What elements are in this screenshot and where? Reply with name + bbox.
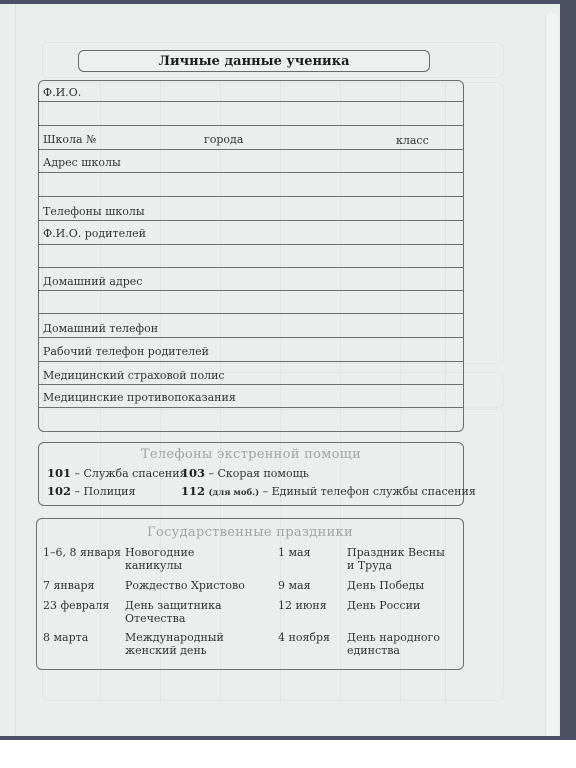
parents-fio-blank-row[interactable] bbox=[39, 244, 463, 268]
medical-policy-row[interactable]: Медицинский страховой полис bbox=[39, 361, 463, 385]
emergency-number: 103 bbox=[181, 466, 205, 480]
holiday-name-line: День народного bbox=[347, 631, 440, 644]
holiday-date: 12 июня bbox=[278, 599, 327, 612]
emergency-number: 102 bbox=[47, 484, 71, 498]
emergency-phones-title: Телефоны экстренной помощи bbox=[39, 447, 463, 462]
class-label: класс bbox=[396, 134, 429, 147]
holiday-name-line: День защитника bbox=[125, 599, 222, 612]
emergency-desc: – Служба спасения bbox=[75, 467, 187, 480]
emergency-item-112: 112 (для моб.) – Единый телефон службы с… bbox=[181, 484, 476, 498]
school-phones-label: Телефоны школы bbox=[43, 205, 145, 218]
holiday-name-line: единства bbox=[347, 644, 440, 657]
medical-contraindications-row[interactable]: Медицинские противопоказания bbox=[39, 384, 463, 408]
emergency-phones-box: Телефоны экстренной помощи 101 – Служба … bbox=[38, 442, 464, 506]
emergency-note: (для моб.) bbox=[209, 488, 260, 498]
home-address-label: Домашний адрес bbox=[43, 275, 142, 288]
emergency-desc: – Единый телефон службы спасения bbox=[263, 485, 476, 498]
emergency-item-102: 102 – Полиция bbox=[47, 484, 135, 498]
medical-contraindications-blank-row[interactable] bbox=[39, 407, 463, 430]
holiday-date: 8 марта bbox=[43, 631, 88, 644]
holiday-name: День России bbox=[347, 599, 420, 612]
holiday-date: 7 января bbox=[43, 579, 95, 592]
holiday-name: День защитника Отечества bbox=[125, 599, 222, 625]
holidays-box: Государственные праздники 1–6, 8 января … bbox=[36, 518, 464, 670]
holiday-name-line: женский день bbox=[125, 644, 224, 657]
holiday-name-line: Новогодние bbox=[125, 546, 194, 559]
holidays-title: Государственные праздники bbox=[37, 525, 463, 540]
holiday-name-line: Международный bbox=[125, 631, 224, 644]
school-no-label: Школа № bbox=[43, 133, 97, 146]
holiday-name: Праздник Весны и Труда bbox=[347, 546, 445, 572]
personal-data-title: Личные данные ученика bbox=[78, 50, 430, 72]
holiday-name-line: Отечества bbox=[125, 612, 222, 625]
city-label: города bbox=[204, 133, 243, 146]
holiday-name-line: каникулы bbox=[125, 559, 194, 572]
home-address-blank-row[interactable] bbox=[39, 290, 463, 314]
emergency-item-103: 103 – Скорая помощь bbox=[181, 466, 309, 480]
emergency-item-101: 101 – Служба спасения bbox=[47, 466, 187, 480]
emergency-number: 112 bbox=[181, 484, 205, 498]
school-address-row[interactable]: Адрес школы bbox=[39, 149, 463, 172]
home-address-row[interactable]: Домашний адрес bbox=[39, 267, 463, 291]
parents-work-phone-row[interactable]: Рабочий телефон родителей bbox=[39, 337, 463, 361]
personal-data-form: Ф.И.О. Школа № города класс Адрес школы … bbox=[38, 80, 464, 432]
medical-contraindications-label: Медицинские противопоказания bbox=[43, 391, 236, 404]
school-address-blank-row[interactable] bbox=[39, 172, 463, 196]
fio-blank-row[interactable] bbox=[39, 101, 463, 125]
fio-label: Ф.И.О. bbox=[43, 86, 81, 99]
holiday-date: 23 февраля bbox=[43, 599, 109, 612]
home-phone-row[interactable]: Домашний телефон bbox=[39, 313, 463, 337]
home-phone-label: Домашний телефон bbox=[43, 322, 158, 335]
holiday-name: День народного единства bbox=[347, 631, 440, 657]
parents-fio-label: Ф.И.О. родителей bbox=[43, 227, 146, 240]
holiday-name: Рождество Христово bbox=[125, 579, 245, 592]
holiday-name: Новогодние каникулы bbox=[125, 546, 194, 572]
medical-policy-label: Медицинский страховой полис bbox=[43, 369, 225, 382]
holiday-date: 1–6, 8 января bbox=[43, 546, 121, 559]
emergency-desc: – Скорая помощь bbox=[209, 467, 309, 480]
page-margin-line bbox=[15, 4, 16, 736]
fio-row[interactable]: Ф.И.О. bbox=[39, 80, 463, 100]
holiday-name: Международный женский день bbox=[125, 631, 224, 657]
holiday-date: 9 мая bbox=[278, 579, 311, 592]
holiday-date: 1 мая bbox=[278, 546, 311, 559]
school-address-label: Адрес школы bbox=[43, 156, 121, 169]
parents-work-phone-label: Рабочий телефон родителей bbox=[43, 345, 209, 358]
emergency-desc: – Полиция bbox=[75, 485, 136, 498]
holiday-date: 4 ноября bbox=[278, 631, 330, 644]
holiday-name: День Победы bbox=[347, 579, 424, 592]
page-edge bbox=[545, 14, 558, 736]
holiday-name-line: Праздник Весны bbox=[347, 546, 445, 559]
parents-fio-row[interactable]: Ф.И.О. родителей bbox=[39, 220, 463, 244]
school-row[interactable]: Школа № города класс bbox=[39, 125, 463, 149]
emergency-number: 101 bbox=[47, 466, 71, 480]
holiday-name-line: и Труда bbox=[347, 559, 445, 572]
school-phones-row[interactable]: Телефоны школы bbox=[39, 196, 463, 220]
